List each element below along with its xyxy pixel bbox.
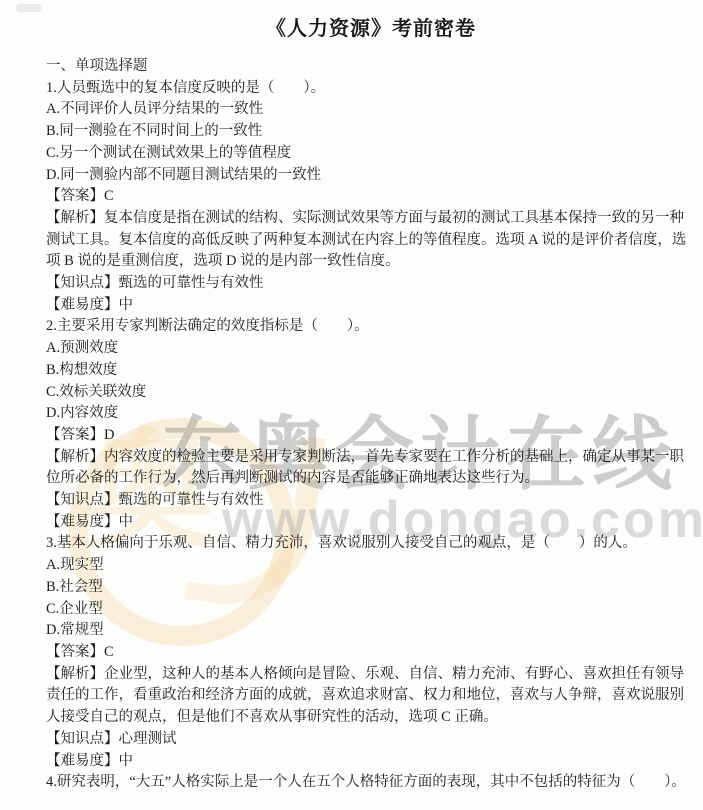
question-3-option-d: D.常规型 [46,620,696,642]
answer-label: 【答案】 [46,427,104,443]
document-title: 《人力资源》考前密卷 [46,16,696,43]
knowledge-text: 心理测试 [119,731,177,747]
question-1-knowledge-line: 【知识点】甄选的可靠性与有效性 [46,273,696,295]
question-3-answer-line: 【答案】C [46,642,696,664]
section-heading: 一、单项选择题 [46,56,696,78]
difficulty-text: 中 [119,753,134,769]
knowledge-label: 【知识点】 [46,492,119,508]
answer-value: C [104,188,114,204]
question-2-difficulty-line: 【难易度】中 [46,512,696,534]
question-1-analysis-line: 【解析】复本信度是指在测试的结构、实际测试效果等方面与最初的测试工具基本保持一致… [46,208,696,273]
question-3-option-b: B.社会型 [46,577,696,599]
question-2-knowledge-line: 【知识点】甄选的可靠性与有效性 [46,490,696,512]
difficulty-label: 【难易度】 [46,753,119,769]
difficulty-label: 【难易度】 [46,514,119,530]
question-2-option-a: A.预测效度 [46,338,696,360]
question-3-difficulty-line: 【难易度】中 [46,751,696,773]
exam-document: 《人力资源》考前密卷 一、单项选择题 1.人员甄选中的复本信度反映的是（ ）。 … [46,14,696,794]
analysis-text: 内容效度的检验主要是采用专家判断法，首先专家要在工作分析的基础上，确定从事某一职… [46,449,684,487]
question-1-answer-line: 【答案】C [46,186,696,208]
scanned-exam-page: 奥 东奥会计在线 www.dongao.com 《人力资源》考前密卷 一、单项选… [0,0,703,810]
question-3-knowledge-line: 【知识点】心理测试 [46,729,696,751]
question-1-option-c: C.另一个测试在测试效果上的等值程度 [46,143,696,165]
analysis-text: 复本信度是指在测试的结构、实际测试效果等方面与最初的测试工具基本保持一致的另一种… [46,210,686,269]
question-2-analysis-line: 【解析】内容效度的检验主要是采用专家判断法，首先专家要在工作分析的基础上，确定从… [46,447,696,490]
question-1-option-d: D.同一测验内部不同题目测试结果的一致性 [46,165,696,187]
question-2-option-b: B.构想效度 [46,360,696,382]
question-3-stem: 3.基本人格偏向于乐观、自信、精力充沛，喜欢说服别人接受自己的观点，是（ ）的人… [46,533,696,555]
question-1-difficulty-line: 【难易度】中 [46,295,696,317]
question-1-option-a: A.不同评价人员评分结果的一致性 [46,99,696,121]
question-2-option-d: D.内容效度 [46,403,696,425]
answer-value: D [104,427,114,443]
difficulty-text: 中 [119,514,134,530]
analysis-label: 【解析】 [46,210,104,226]
scan-artifact [16,4,42,12]
question-1-stem: 1.人员甄选中的复本信度反映的是（ ）。 [46,78,696,100]
analysis-text: 企业型，这种人的基本人格倾向是冒险、乐观、自信、精力充沛、有野心、喜欢担任有领导… [46,666,684,725]
analysis-label: 【解析】 [46,666,104,682]
question-3-option-c: C.企业型 [46,599,696,621]
knowledge-text: 甄选的可靠性与有效性 [119,275,264,291]
answer-label: 【答案】 [46,644,104,660]
difficulty-text: 中 [119,297,134,313]
answer-label: 【答案】 [46,188,104,204]
answer-value: C [104,644,114,660]
question-2-option-c: C.效标关联效度 [46,382,696,404]
question-2-stem: 2.主要采用专家判断法确定的效度指标是（ ）。 [46,316,696,338]
knowledge-label: 【知识点】 [46,731,119,747]
analysis-label: 【解析】 [46,449,104,465]
knowledge-label: 【知识点】 [46,275,119,291]
knowledge-text: 甄选的可靠性与有效性 [119,492,264,508]
question-3-option-a: A.现实型 [46,555,696,577]
question-1-option-b: B.同一测验在不同时间上的一致性 [46,121,696,143]
difficulty-label: 【难易度】 [46,297,119,313]
question-2-answer-line: 【答案】D [46,425,696,447]
question-3-analysis-line: 【解析】企业型，这种人的基本人格倾向是冒险、乐观、自信、精力充沛、有野心、喜欢担… [46,664,696,729]
question-4-stem: 4.研究表明，“大五”人格实际上是一个人在五个人格特征方面的表现，其中不包括的特… [46,772,696,794]
